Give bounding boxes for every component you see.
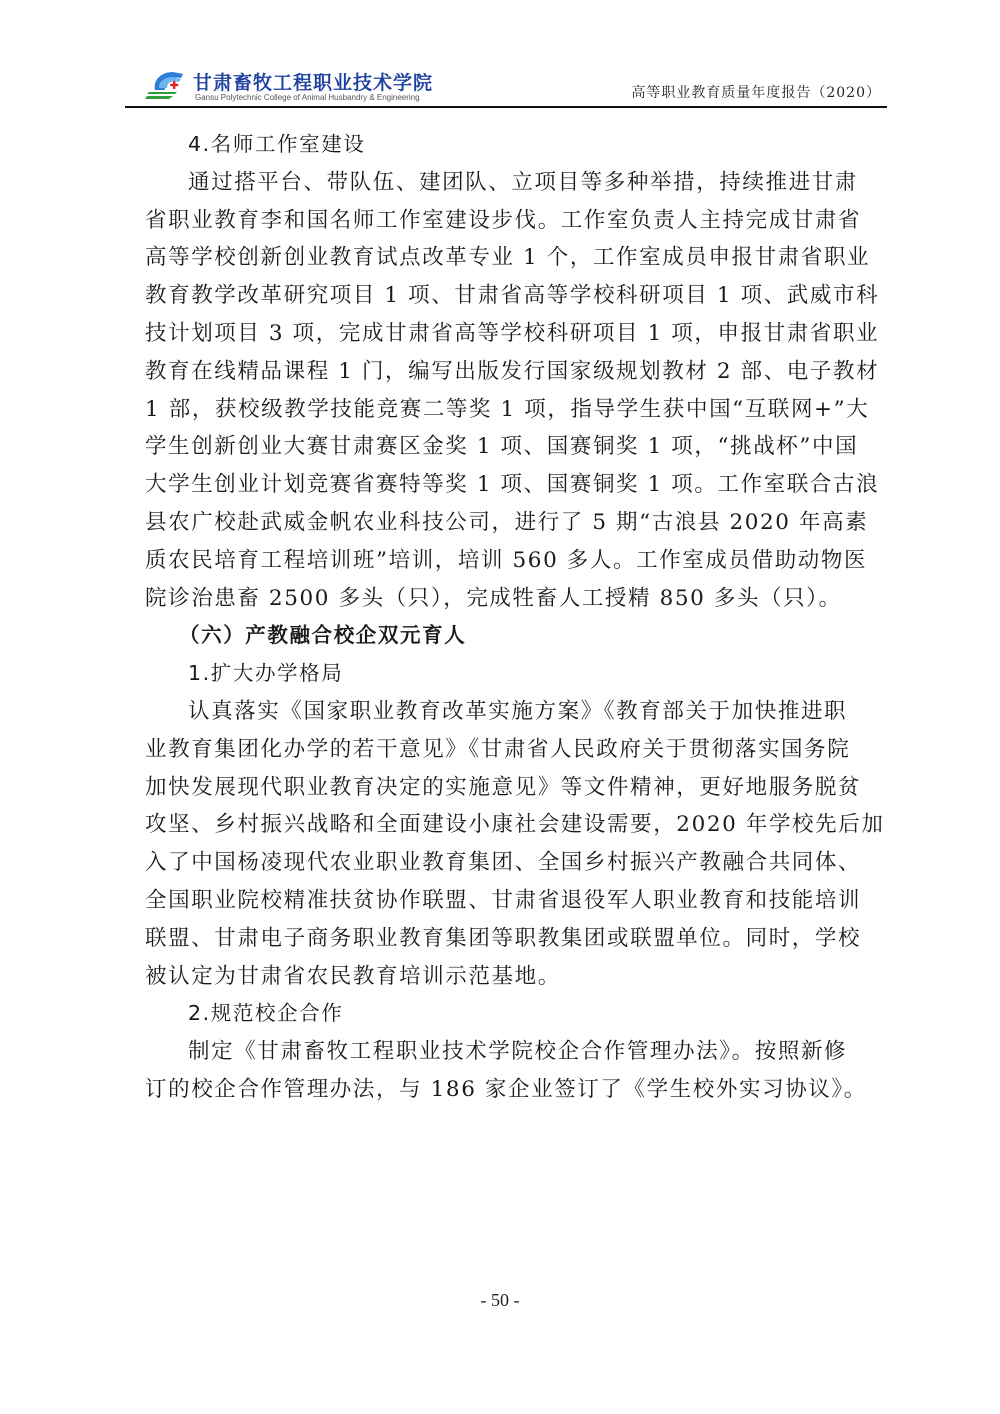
paragraph-line: 院诊治患畜 2500 多头（只），完成牲畜人工授精 850 多头（只）。 xyxy=(145,580,867,618)
paragraph-line: 教育教学改革研究项目 1 项、甘肃省高等学校科研项目 1 项、武威市科 xyxy=(145,277,867,315)
paragraph-line: 技计划项目 3 项，完成甘肃省高等学校科研项目 1 项，申报甘肃省职业 xyxy=(145,315,867,353)
paragraph-line: 全国职业院校精准扶贫协作联盟、甘肃省退役军人职业教育和技能培训 xyxy=(145,882,867,920)
subheading: 2.规范校企合作 xyxy=(145,995,867,1033)
paragraph-line: 联盟、甘肃电子商务职业教育集团等职教集团或联盟单位。同时，学校 xyxy=(145,920,867,958)
college-name-cn: 甘肃畜牧工程职业技术学院 xyxy=(193,68,433,95)
paragraph-line: 省职业教育李和国名师工作室建设步伐。工作室负责人主持完成甘肃省 xyxy=(145,202,867,240)
paragraph-line: 认真落实《国家职业教育改革实施方案》《教育部关于加快推进职 xyxy=(145,693,867,731)
report-title: 高等职业教育质量年度报告（2020） xyxy=(631,82,881,102)
paragraph-line: 高等学校创新创业教育试点改革专业 1 个，工作室成员申报甘肃省职业 xyxy=(145,239,867,277)
paragraph-line: 被认定为甘肃省农民教育培训示范基地。 xyxy=(145,958,867,996)
paragraph-line: 业教育集团化办学的若干意见》《甘肃省人民政府关于贯彻落实国务院 xyxy=(145,731,867,769)
paragraph-line: 通过搭平台、带队伍、建团队、立项目等多种举措，持续推进甘肃 xyxy=(145,164,867,202)
paragraph-line: 订的校企合作管理办法，与 186 家企业签订了《学生校外实习协议》。 xyxy=(145,1071,867,1109)
paragraph-line: 加快发展现代职业教育决定的实施意见》等文件精神，更好地服务脱贫 xyxy=(145,769,867,807)
paragraph-line: 质农民培育工程培训班”培训，培训 560 多人。工作室成员借助动物医 xyxy=(145,542,867,580)
college-name-en: Gansu Polytechnic College of Animal Husb… xyxy=(195,93,420,102)
paragraph-line: 制定《甘肃畜牧工程职业技术学院校企合作管理办法》。按照新修 xyxy=(145,1033,867,1071)
subheading: 4.名师工作室建设 xyxy=(145,126,867,164)
paragraph-line: 入了中国杨凌现代农业职业教育集团、全国乡村振兴产教融合共同体、 xyxy=(145,844,867,882)
paragraph-line: 大学生创业计划竞赛省赛特等奖 1 项、国赛铜奖 1 项。工作室联合古浪 xyxy=(145,466,867,504)
college-logo-icon xyxy=(143,66,191,102)
section-heading: （六）产教融合校企双元育人 xyxy=(145,617,867,655)
header-divider xyxy=(125,106,887,108)
subheading: 1.扩大办学格局 xyxy=(145,655,867,693)
paragraph-line: 教育在线精品课程 1 门，编写出版发行国家级规划教材 2 部、电子教材 xyxy=(145,353,867,391)
page-number: - 50 - xyxy=(0,1290,1000,1311)
paragraph-line: 学生创新创业大赛甘肃赛区金奖 1 项、国赛铜奖 1 项，“挑战杯”中国 xyxy=(145,428,867,466)
page-body: 4.名师工作室建设 通过搭平台、带队伍、建团队、立项目等多种举措，持续推进甘肃 … xyxy=(145,126,867,1109)
paragraph-line: 1 部，获校级教学技能竞赛二等奖 1 项，指导学生获中国“互联网+”大 xyxy=(145,391,867,429)
paragraph-line: 县农广校赴武威金帆农业科技公司，进行了 5 期“古浪县 2020 年高素 xyxy=(145,504,867,542)
paragraph-line: 攻坚、乡村振兴战略和全面建设小康社会建设需要，2020 年学校先后加 xyxy=(145,806,867,844)
page-header: 甘肃畜牧工程职业技术学院 Gansu Polytechnic College o… xyxy=(125,60,887,108)
